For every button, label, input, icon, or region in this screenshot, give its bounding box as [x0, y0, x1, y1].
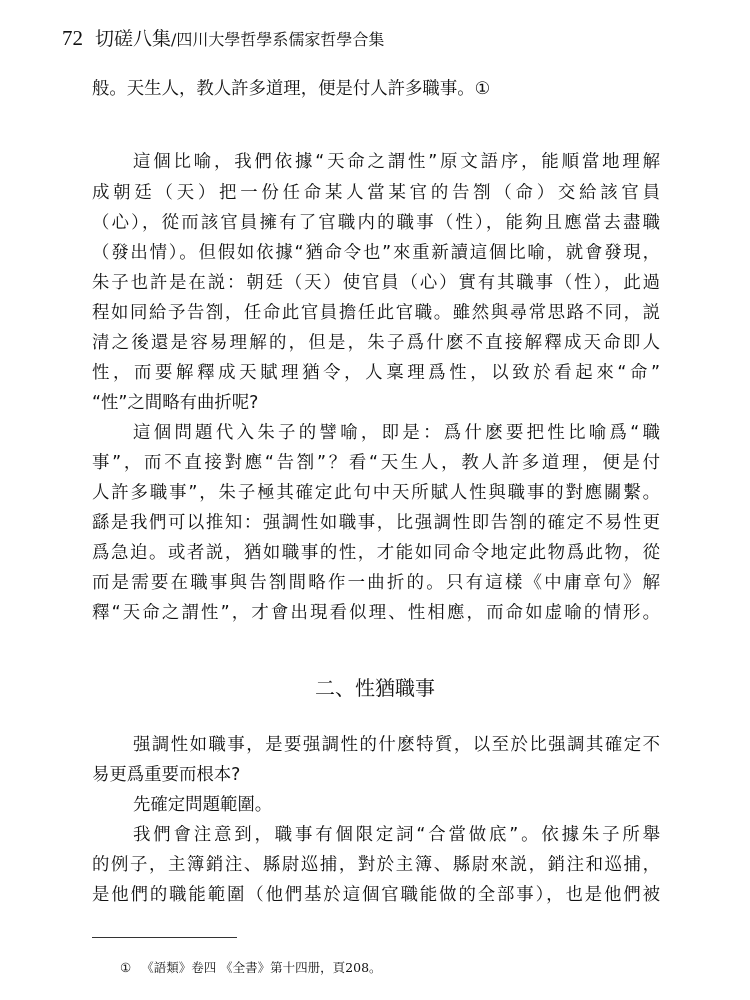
text-line: 程如同給予告劄，任命此官員擔任此官職。雖然與尋常思路不同，説 [92, 298, 660, 323]
series-title: 四川大學哲學系儒家哲學合集 [176, 30, 384, 49]
paragraph-first-line: 我們會注意到，職事有個限定詞“合當做底”。依據朱子所舉 [133, 820, 660, 845]
text-line: 爲急迫。或者説，猶如職事的性，才能如同命令地定此物爲此物，從 [92, 538, 660, 563]
paragraph-first-line: 先確定問題範圍。 [133, 790, 660, 815]
text-line: 繇是我們可以推知：强調性如職事，比强調性即告劄的確定不易性更 [92, 508, 660, 533]
text-line: （心），從而該官員擁有了官職内的職事（性），能夠且應當去盡職 [92, 208, 660, 233]
text-line: 性，而要解釋成天賦理猶令，人稟理爲性，以致於看起來“命” [92, 358, 660, 383]
book-title: 切磋八集 [95, 28, 171, 50]
paragraph-first-line: 强調性如職事，是要强調性的什麽特質，以至於比强調其確定不 [133, 730, 660, 755]
text-line: 朱子也許是在説：朝廷（天）使官員（心）實有其職事（性），此過 [92, 268, 660, 293]
text-line: 易更爲重要而根本? [92, 760, 660, 785]
text-line: 清之後還是容易理解的，但是，朱子爲什麽不直接解釋成天命即人 [92, 328, 660, 353]
paragraph-first-line: 這個比喻，我們依據“天命之謂性”原文語序，能順當地理解 [133, 147, 660, 172]
footnote: ① 《語類》卷四 《全書》第十四册，頁208。 [120, 958, 382, 976]
text-line: “性”之間略有曲折呢? [92, 388, 660, 413]
text-line: 是他們的職能範圍（他們基於這個官職能做的全部事），也是他們被 [92, 880, 660, 905]
running-header: 72切磋八集/四川大學哲學系儒家哲學合集 [62, 24, 384, 51]
section-heading: 二、性猶職事 [0, 672, 750, 701]
paragraph-first-line: 這個問題代入朱子的譬喻，即是：爲什麽要把性比喻爲“職 [133, 418, 660, 443]
page-number: 72 [62, 26, 83, 50]
text-line: 事”，而不直接對應“告劄”？看“天生人，教人許多道理，便是付 [92, 448, 660, 473]
text-line: （發出情）。但假如依據“猶命令也”來重新讀這個比喻，就會發現， [92, 238, 660, 263]
text-line: 而是需要在職事與告劄間略作一曲折的。只有這樣《中庸章句》解 [92, 568, 660, 593]
text-line: 人許多職事”，朱子極其確定此句中天所賦人性與職事的對應關繫。 [92, 478, 660, 503]
footnote-text: 《語類》卷四 《全書》第十四册，頁208。 [141, 960, 381, 975]
text-line: 的例子，主簿銷注、縣尉巡捕，對於主簿、縣尉來説，銷注和巡捕， [92, 850, 660, 875]
footnote-divider [92, 937, 237, 938]
text-line: 釋“天命之謂性”，才會出現看似理、性相應，而命如虚喻的情形。 [92, 598, 660, 623]
text-line: 成朝廷（天）把一份任命某人當某官的告劄（命）交給該官員 [92, 178, 660, 203]
footnote-marker: ① [120, 960, 131, 975]
text-line: 般。天生人，教人許多道理，便是付人許多職事。① [92, 74, 660, 99]
